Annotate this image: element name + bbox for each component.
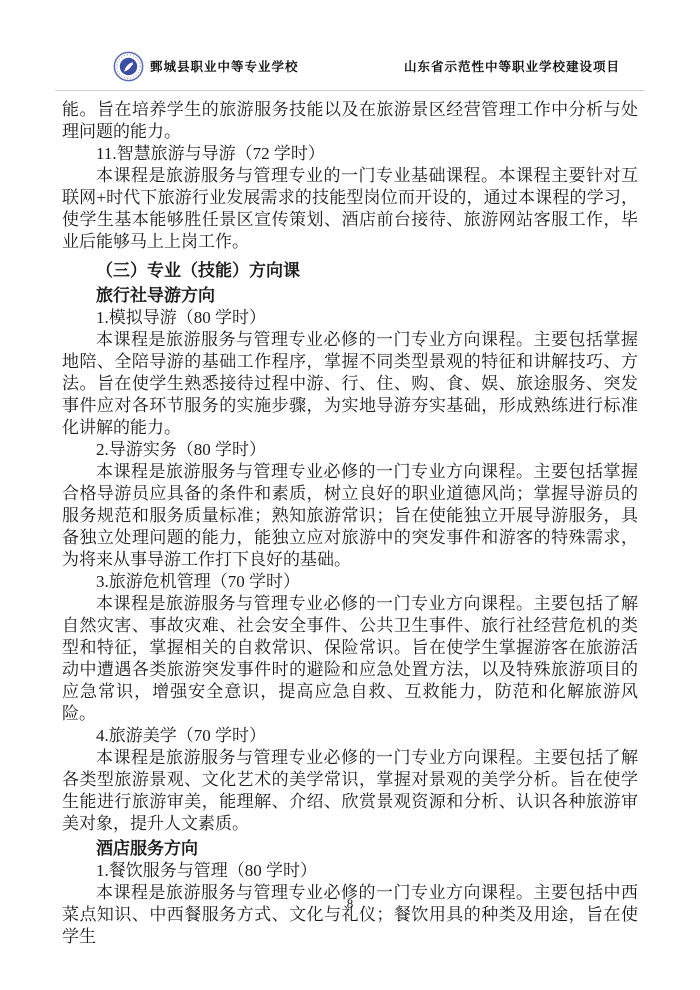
page-header: 鄄城县职业中等专业学校 山东省示范性中等职业学校建设项目 [55, 48, 645, 91]
page-footer: 8 [0, 896, 700, 912]
paragraph: 4.旅游美学（70 学时） [62, 725, 638, 747]
paragraph: 1.餐饮服务与管理（80 学时） [62, 860, 638, 882]
project-name: 山东省示范性中等职业学校建设项目 [404, 57, 620, 75]
section-heading: （三）专业（技能）方向课 [62, 260, 638, 282]
document-body: 能。旨在培养学生的旅游服务技能以及在旅游景区经营管理工作中分析与处理问题的能力。… [62, 99, 638, 948]
paragraph: 能。旨在培养学生的旅游服务技能以及在旅游景区经营管理工作中分析与处理问题的能力。 [62, 99, 638, 143]
school-logo-icon [113, 51, 144, 82]
paragraph: 3.旅游危机管理（70 学时） [62, 571, 638, 593]
paragraph: 本课程是旅游服务与管理专业必修的一门专业方向课程。主要包括掌握合格导游员应具备的… [62, 461, 638, 571]
paragraph: 2.导游实务（80 学时） [62, 439, 638, 461]
school-name: 鄄城县职业中等专业学校 [150, 57, 299, 75]
document-page: 鄄城县职业中等专业学校 山东省示范性中等职业学校建设项目 能。旨在培养学生的旅游… [0, 0, 700, 990]
paragraph: 本课程是旅游服务与管理专业必修的一门专业方向课程。主要包括了解自然灾害、事故灾难… [62, 593, 638, 725]
paragraph: 本课程是旅游服务与管理专业的一门专业基础课程。本课程主要针对互联网+时代下旅游行… [62, 165, 638, 253]
page-number: 8 [347, 896, 354, 911]
paragraph: 1.模拟导游（80 学时） [62, 307, 638, 329]
paragraph: 11.智慧旅游与导游（72 学时） [62, 143, 638, 165]
paragraph: 本课程是旅游服务与管理专业必修的一门专业方向课程。主要包括中西菜点知识、中西餐服… [62, 882, 638, 948]
section-heading: 酒店服务方向 [62, 838, 638, 860]
paragraph: 本课程是旅游服务与管理专业必修的一门专业方向课程。主要包括了解各类型旅游景观、文… [62, 747, 638, 835]
paragraph: 本课程是旅游服务与管理专业必修的一门专业方向课程。主要包括掌握地陪、全陪导游的基… [62, 329, 638, 439]
header-left-group: 鄄城县职业中等专业学校 [113, 51, 299, 82]
section-heading: 旅行社导游方向 [62, 285, 638, 307]
